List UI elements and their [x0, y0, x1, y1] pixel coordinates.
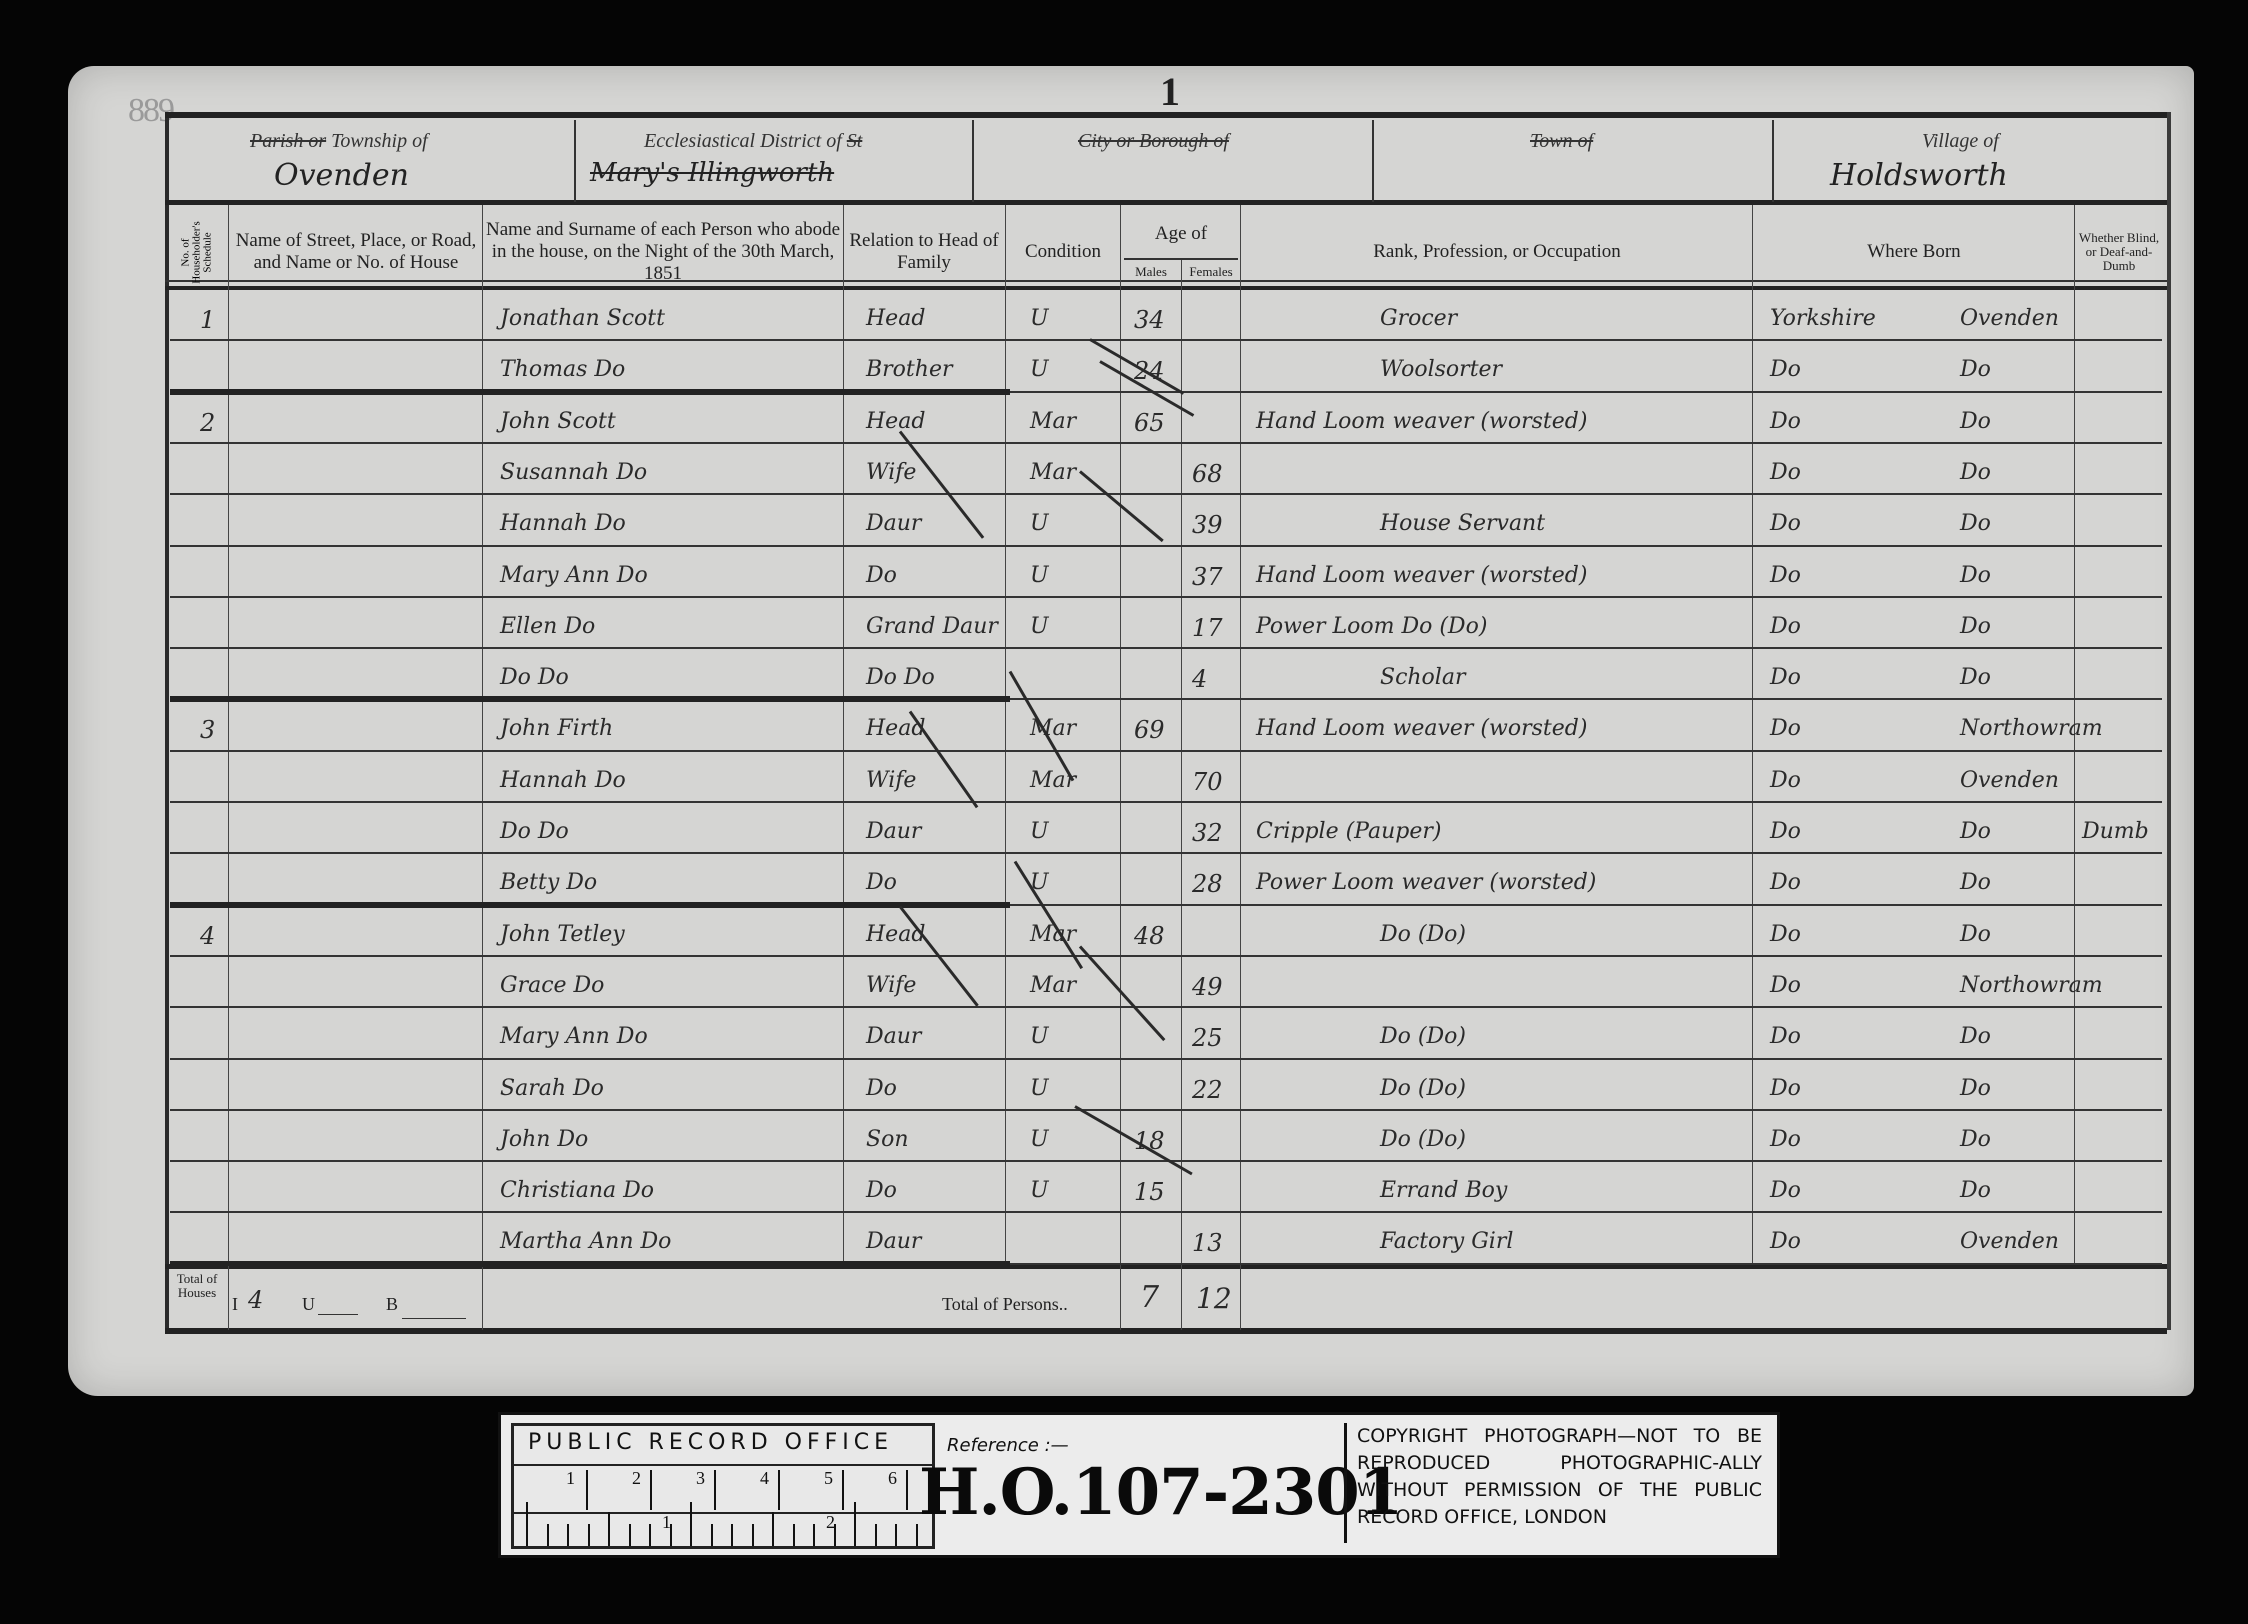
- cell-occupation: Errand Boy: [1380, 1178, 1507, 1203]
- cell-age-m: 48: [1134, 922, 1165, 950]
- row-rule: [170, 493, 2162, 495]
- cell-age-m: 69: [1134, 716, 1165, 744]
- township-label-struck: Parish or: [250, 130, 326, 152]
- ruler-tick: [690, 1502, 692, 1546]
- uninhabited-blank: [318, 1314, 358, 1315]
- row-rule: [170, 596, 2162, 598]
- cell-born-place: Do: [1960, 1178, 1991, 1203]
- cell-age-f: 25: [1192, 1024, 1223, 1052]
- ruler-cm: 1 2 3 4 5 6: [514, 1464, 932, 1514]
- ruler-tick: [772, 1512, 774, 1546]
- cell-name: John Do: [500, 1127, 588, 1152]
- cell-occupation: Factory Girl: [1380, 1229, 1513, 1254]
- total-females: 12: [1196, 1282, 1232, 1315]
- cell-name: Hannah Do: [500, 768, 626, 793]
- cell-born-county: Do: [1770, 460, 1801, 485]
- page-number: 1: [1160, 68, 1180, 115]
- cell-born-county: Do: [1770, 563, 1801, 588]
- column-divider: [843, 205, 844, 1265]
- ruler-tick: [586, 1470, 588, 1510]
- ruler-number: 4: [760, 1468, 769, 1489]
- column-divider: [1005, 205, 1006, 1265]
- row-rule: [170, 1006, 2162, 1008]
- cell-occupation: Grocer: [1380, 306, 1457, 331]
- cell-relation: Brother: [866, 357, 952, 382]
- inhabited-count: 4: [248, 1286, 263, 1314]
- record-office-ruler-panel: PUBLIC RECORD OFFICE 1 2 3 4 5 6 1 2: [511, 1423, 935, 1549]
- cell-born-place: Ovenden: [1960, 768, 2059, 793]
- household-separator: [170, 696, 1010, 702]
- building-prefix: B: [386, 1294, 398, 1315]
- cell-condition: U: [1030, 819, 1049, 844]
- cell-born-place: Ovenden: [1960, 1229, 2059, 1254]
- ruler-tick: [567, 1524, 569, 1546]
- ruler-tick: [813, 1524, 815, 1546]
- cell-name: Grace Do: [500, 973, 604, 998]
- cell-relation: Wife: [866, 460, 916, 485]
- copyright-notice: COPYRIGHT PHOTOGRAPH—NOT TO BE REPRODUCE…: [1344, 1423, 1762, 1543]
- cell-relation: Daur: [866, 819, 921, 844]
- cell-born-place: Do: [1960, 1024, 1991, 1049]
- ruler-tick: [854, 1502, 856, 1546]
- cell-condition: U: [1030, 1024, 1049, 1049]
- ecclesiastical-district-note: St: [847, 130, 863, 152]
- ruler-tick: [875, 1524, 877, 1546]
- total-houses-label: Total of Houses: [168, 1272, 226, 1300]
- cell-occupation: Cripple (Pauper): [1256, 819, 1442, 844]
- row-rule: [170, 1211, 2162, 1213]
- cell-age-f: 68: [1192, 460, 1223, 488]
- cell-age-m: 65: [1134, 409, 1165, 437]
- cell-born-county: Do: [1770, 1178, 1801, 1203]
- ruler-tick: [793, 1524, 795, 1546]
- cell-born-place: Do: [1960, 563, 1991, 588]
- city-borough-cell: City or Borough of: [974, 120, 1372, 200]
- place-header-rule: [165, 200, 2167, 205]
- town-label: Town of: [1530, 130, 1593, 153]
- col-header-condition: Condition: [1007, 212, 1119, 292]
- cell-occupation: Do (Do): [1380, 1076, 1466, 1101]
- cell-condition: U: [1030, 1076, 1049, 1101]
- inhabited-prefix: I: [232, 1294, 238, 1315]
- cell-relation: Head: [866, 409, 925, 434]
- cell-schedule: 1: [200, 306, 215, 334]
- cell-born-place: Do: [1960, 409, 1991, 434]
- cell-occupation: Hand Loom weaver (worsted): [1256, 716, 1587, 741]
- cell-condition: U: [1030, 306, 1049, 331]
- col-header-age-males: Males: [1122, 260, 1180, 284]
- village-label: Village of: [1922, 130, 1999, 153]
- cell-name: Martha Ann Do: [500, 1229, 671, 1254]
- cell-condition: U: [1030, 357, 1049, 382]
- cell-relation: Daur: [866, 511, 921, 536]
- household-separator: [170, 389, 1010, 395]
- cell-name: Mary Ann Do: [500, 563, 648, 588]
- cell-occupation: Do (Do): [1380, 922, 1466, 947]
- township-label-text: Township of: [331, 130, 428, 152]
- ruler-number: 1: [566, 1468, 575, 1489]
- ruler-tick: [778, 1470, 780, 1510]
- cell-born-county: Do: [1770, 665, 1801, 690]
- row-rule: [170, 339, 2162, 341]
- cell-name: Susannah Do: [500, 460, 647, 485]
- row-rule: [170, 1109, 2162, 1111]
- cell-condition: Mar: [1030, 409, 1076, 434]
- ruler-tick: [649, 1524, 651, 1546]
- ecclesiastical-district-cell: Ecclesiastical District of St Mary's Ill…: [576, 120, 972, 200]
- cell-relation: Daur: [866, 1024, 921, 1049]
- cell-born-county: Do: [1770, 716, 1801, 741]
- ruler-tick: [714, 1470, 716, 1510]
- cell-born-county: Do: [1770, 922, 1801, 947]
- cell-born-place: Do: [1960, 460, 1991, 485]
- cell-born-county: Do: [1770, 357, 1801, 382]
- col-header-age-females: Females: [1182, 260, 1240, 284]
- cell-relation: Head: [866, 306, 925, 331]
- row-rule: [170, 801, 2162, 803]
- col-header-schedule: No. of Householder's Schedule: [166, 212, 228, 292]
- cell-name: John Scott: [500, 409, 616, 434]
- col-header-where-born: Where Born: [1754, 212, 2074, 292]
- cell-occupation: Do (Do): [1380, 1024, 1466, 1049]
- cell-name: Sarah Do: [500, 1076, 604, 1101]
- township-value: Ovenden: [274, 158, 409, 193]
- cell-relation: Grand Daur: [866, 614, 998, 639]
- cell-born-county: Do: [1770, 870, 1801, 895]
- cell-born-place: Do: [1960, 870, 1991, 895]
- col-header-street: Name of Street, Place, or Road, and Name…: [230, 212, 482, 292]
- cell-name: John Firth: [500, 716, 613, 741]
- uninhabited-prefix: U: [302, 1294, 315, 1315]
- cell-born-county: Do: [1770, 973, 1801, 998]
- household-separator: [170, 902, 1010, 908]
- cell-born-place: Do: [1960, 1076, 1991, 1101]
- row-rule: [170, 545, 2162, 547]
- cell-born-county: Do: [1770, 768, 1801, 793]
- ruler-tick: [608, 1512, 610, 1546]
- cell-born-place: Do: [1960, 1127, 1991, 1152]
- cell-age-f: 4: [1192, 665, 1207, 693]
- cell-age-f: 32: [1192, 819, 1223, 847]
- township-cell: Parish or Township of Ovenden: [170, 120, 574, 200]
- cell-age-f: 22: [1192, 1076, 1223, 1104]
- cell-born-place: Do: [1960, 665, 1991, 690]
- cell-name: Do Do: [500, 665, 569, 690]
- ruler-tick: [547, 1524, 549, 1546]
- reference-label: Reference :—: [947, 1435, 1069, 1456]
- col-header-blind-deaf: Whether Blind, or Deaf-and-Dumb: [2076, 212, 2162, 292]
- cell-occupation: Hand Loom weaver (worsted): [1256, 563, 1587, 588]
- cell-born-place: Northowram: [1960, 716, 2103, 741]
- cell-relation: Son: [866, 1127, 909, 1152]
- town-cell: Town of: [1374, 120, 1772, 200]
- cell-born-place: Northowram: [1960, 973, 2103, 998]
- ruler-tick: [711, 1524, 713, 1546]
- cell-condition: U: [1030, 1127, 1049, 1152]
- cell-age-m: 34: [1134, 306, 1165, 334]
- cell-infirmity: Dumb: [2082, 819, 2149, 844]
- cell-age-f: 49: [1192, 973, 1223, 1001]
- ruler-tick: [629, 1524, 631, 1546]
- cell-age-f: 17: [1192, 614, 1223, 642]
- top-rule: [165, 112, 2167, 118]
- ruler-tick: [650, 1470, 652, 1510]
- cell-schedule: 4: [200, 922, 215, 950]
- cell-born-county: Do: [1770, 1127, 1801, 1152]
- cell-condition: Mar: [1030, 460, 1076, 485]
- cell-born-county: Do: [1770, 1076, 1801, 1101]
- cell-age-f: 70: [1192, 768, 1223, 796]
- cell-name: Mary Ann Do: [500, 1024, 648, 1049]
- cell-name: Christiana Do: [500, 1178, 654, 1203]
- cell-born-county: Do: [1770, 819, 1801, 844]
- cell-name: Jonathan Scott: [500, 306, 665, 331]
- cell-relation: Wife: [866, 768, 916, 793]
- cell-occupation: Scholar: [1380, 665, 1465, 690]
- cell-born-place: Do: [1960, 614, 1991, 639]
- row-rule: [170, 647, 2162, 649]
- village-cell: Village of Holdsworth: [1774, 120, 2166, 200]
- building-blank: [402, 1318, 466, 1319]
- cell-born-county: Do: [1770, 511, 1801, 536]
- ruler-tick: [731, 1524, 733, 1546]
- cell-relation: Do: [866, 563, 897, 588]
- totals-divider: [228, 1266, 229, 1330]
- col-header-relation: Relation to Head of Family: [845, 212, 1003, 292]
- city-borough-label: City or Borough of: [1078, 130, 1229, 153]
- row-rule: [170, 442, 2162, 444]
- ecclesiastical-district-label-text: Ecclesiastical District of: [644, 130, 842, 152]
- row-rule: [170, 955, 2162, 957]
- cell-born-county: Yorkshire: [1770, 306, 1876, 331]
- record-office-label: PUBLIC RECORD OFFICE 1 2 3 4 5 6 1 2 Ref…: [498, 1412, 1780, 1558]
- record-office-title: PUBLIC RECORD OFFICE: [528, 1430, 893, 1455]
- cell-age-f: 37: [1192, 563, 1223, 591]
- cell-name: Thomas Do: [500, 357, 625, 382]
- cell-born-place: Do: [1960, 922, 1991, 947]
- total-persons-label: Total of Persons..: [942, 1294, 1068, 1315]
- row-rule: [170, 750, 2162, 752]
- cell-age-f: 13: [1192, 1229, 1223, 1257]
- cell-relation: Do: [866, 870, 897, 895]
- cell-name: John Tetley: [500, 922, 625, 947]
- cell-name: Ellen Do: [500, 614, 595, 639]
- ecclesiastical-district-label: Ecclesiastical District of St: [644, 130, 862, 153]
- column-divider: [228, 205, 229, 1265]
- cell-relation: Do Do: [866, 665, 935, 690]
- row-rule: [170, 1058, 2162, 1060]
- ruler-tick: [526, 1502, 528, 1546]
- cell-condition: U: [1030, 563, 1049, 588]
- cell-born-county: Do: [1770, 1229, 1801, 1254]
- cell-age-m: 15: [1134, 1178, 1165, 1206]
- cell-relation: Wife: [866, 973, 916, 998]
- cell-born-place: Ovenden: [1960, 306, 2059, 331]
- total-males: 7: [1140, 1280, 1159, 1315]
- cell-occupation: Power Loom weaver (worsted): [1256, 870, 1596, 895]
- village-value: Holdsworth: [1830, 158, 2008, 193]
- ruler-number: 6: [888, 1468, 897, 1489]
- cell-condition: U: [1030, 1178, 1049, 1203]
- cell-name: Betty Do: [500, 870, 597, 895]
- cell-occupation: Hand Loom weaver (worsted): [1256, 409, 1587, 434]
- col-header-schedule-text: No. of Householder's Schedule: [181, 221, 214, 283]
- ruler-number: 3: [696, 1468, 705, 1489]
- household-separator: [170, 1261, 1010, 1267]
- cell-age-f: 28: [1192, 870, 1223, 898]
- cell-occupation: House Servant: [1380, 511, 1545, 536]
- reference-number: H.O.107-2301: [919, 1455, 1402, 1530]
- cell-name: Hannah Do: [500, 511, 626, 536]
- table-frame: [165, 112, 2171, 1330]
- cell-condition: U: [1030, 614, 1049, 639]
- cell-born-place: Do: [1960, 357, 1991, 382]
- cell-born-place: Do: [1960, 511, 1991, 536]
- cell-schedule: 2: [200, 409, 215, 437]
- cell-relation: Do: [866, 1178, 897, 1203]
- column-divider: [1752, 205, 1753, 1265]
- cell-born-county: Do: [1770, 1024, 1801, 1049]
- row-rule: [170, 852, 2162, 854]
- cell-schedule: 3: [200, 716, 215, 744]
- cell-occupation: Power Loom Do (Do): [1256, 614, 1487, 639]
- township-label: Parish or Township of: [250, 130, 428, 153]
- cell-occupation: Woolsorter: [1380, 357, 1502, 382]
- ruler-tick: [906, 1470, 908, 1510]
- bottom-rule: [165, 1328, 2167, 1334]
- cell-occupation: Do (Do): [1380, 1127, 1466, 1152]
- cell-born-county: Do: [1770, 409, 1801, 434]
- ruler-number: 2: [632, 1468, 641, 1489]
- cell-born-county: Do: [1770, 614, 1801, 639]
- ruler-number: 5: [824, 1468, 833, 1489]
- ruler-tick: [834, 1524, 836, 1546]
- ruler-tick: [916, 1524, 918, 1546]
- col-header-name: Name and Surname of each Person who abod…: [484, 212, 842, 292]
- ruler-tick: [842, 1470, 844, 1510]
- cell-name: Do Do: [500, 819, 569, 844]
- col-header-age: Age of: [1122, 212, 1240, 256]
- cell-born-place: Do: [1960, 819, 1991, 844]
- col-header-occupation: Rank, Profession, or Occupation: [1242, 212, 1752, 292]
- cell-relation: Do: [866, 1076, 897, 1101]
- ruler-tick: [895, 1524, 897, 1546]
- ruler-tick: [670, 1524, 672, 1546]
- ecclesiastical-district-value: Mary's Illingworth: [590, 158, 834, 188]
- ruler-tick: [752, 1524, 754, 1546]
- cell-relation: Daur: [866, 1229, 921, 1254]
- cell-age-f: 39: [1192, 511, 1223, 539]
- ruler-tick: [588, 1524, 590, 1546]
- cell-condition: Mar: [1030, 973, 1076, 998]
- cell-condition: U: [1030, 511, 1049, 536]
